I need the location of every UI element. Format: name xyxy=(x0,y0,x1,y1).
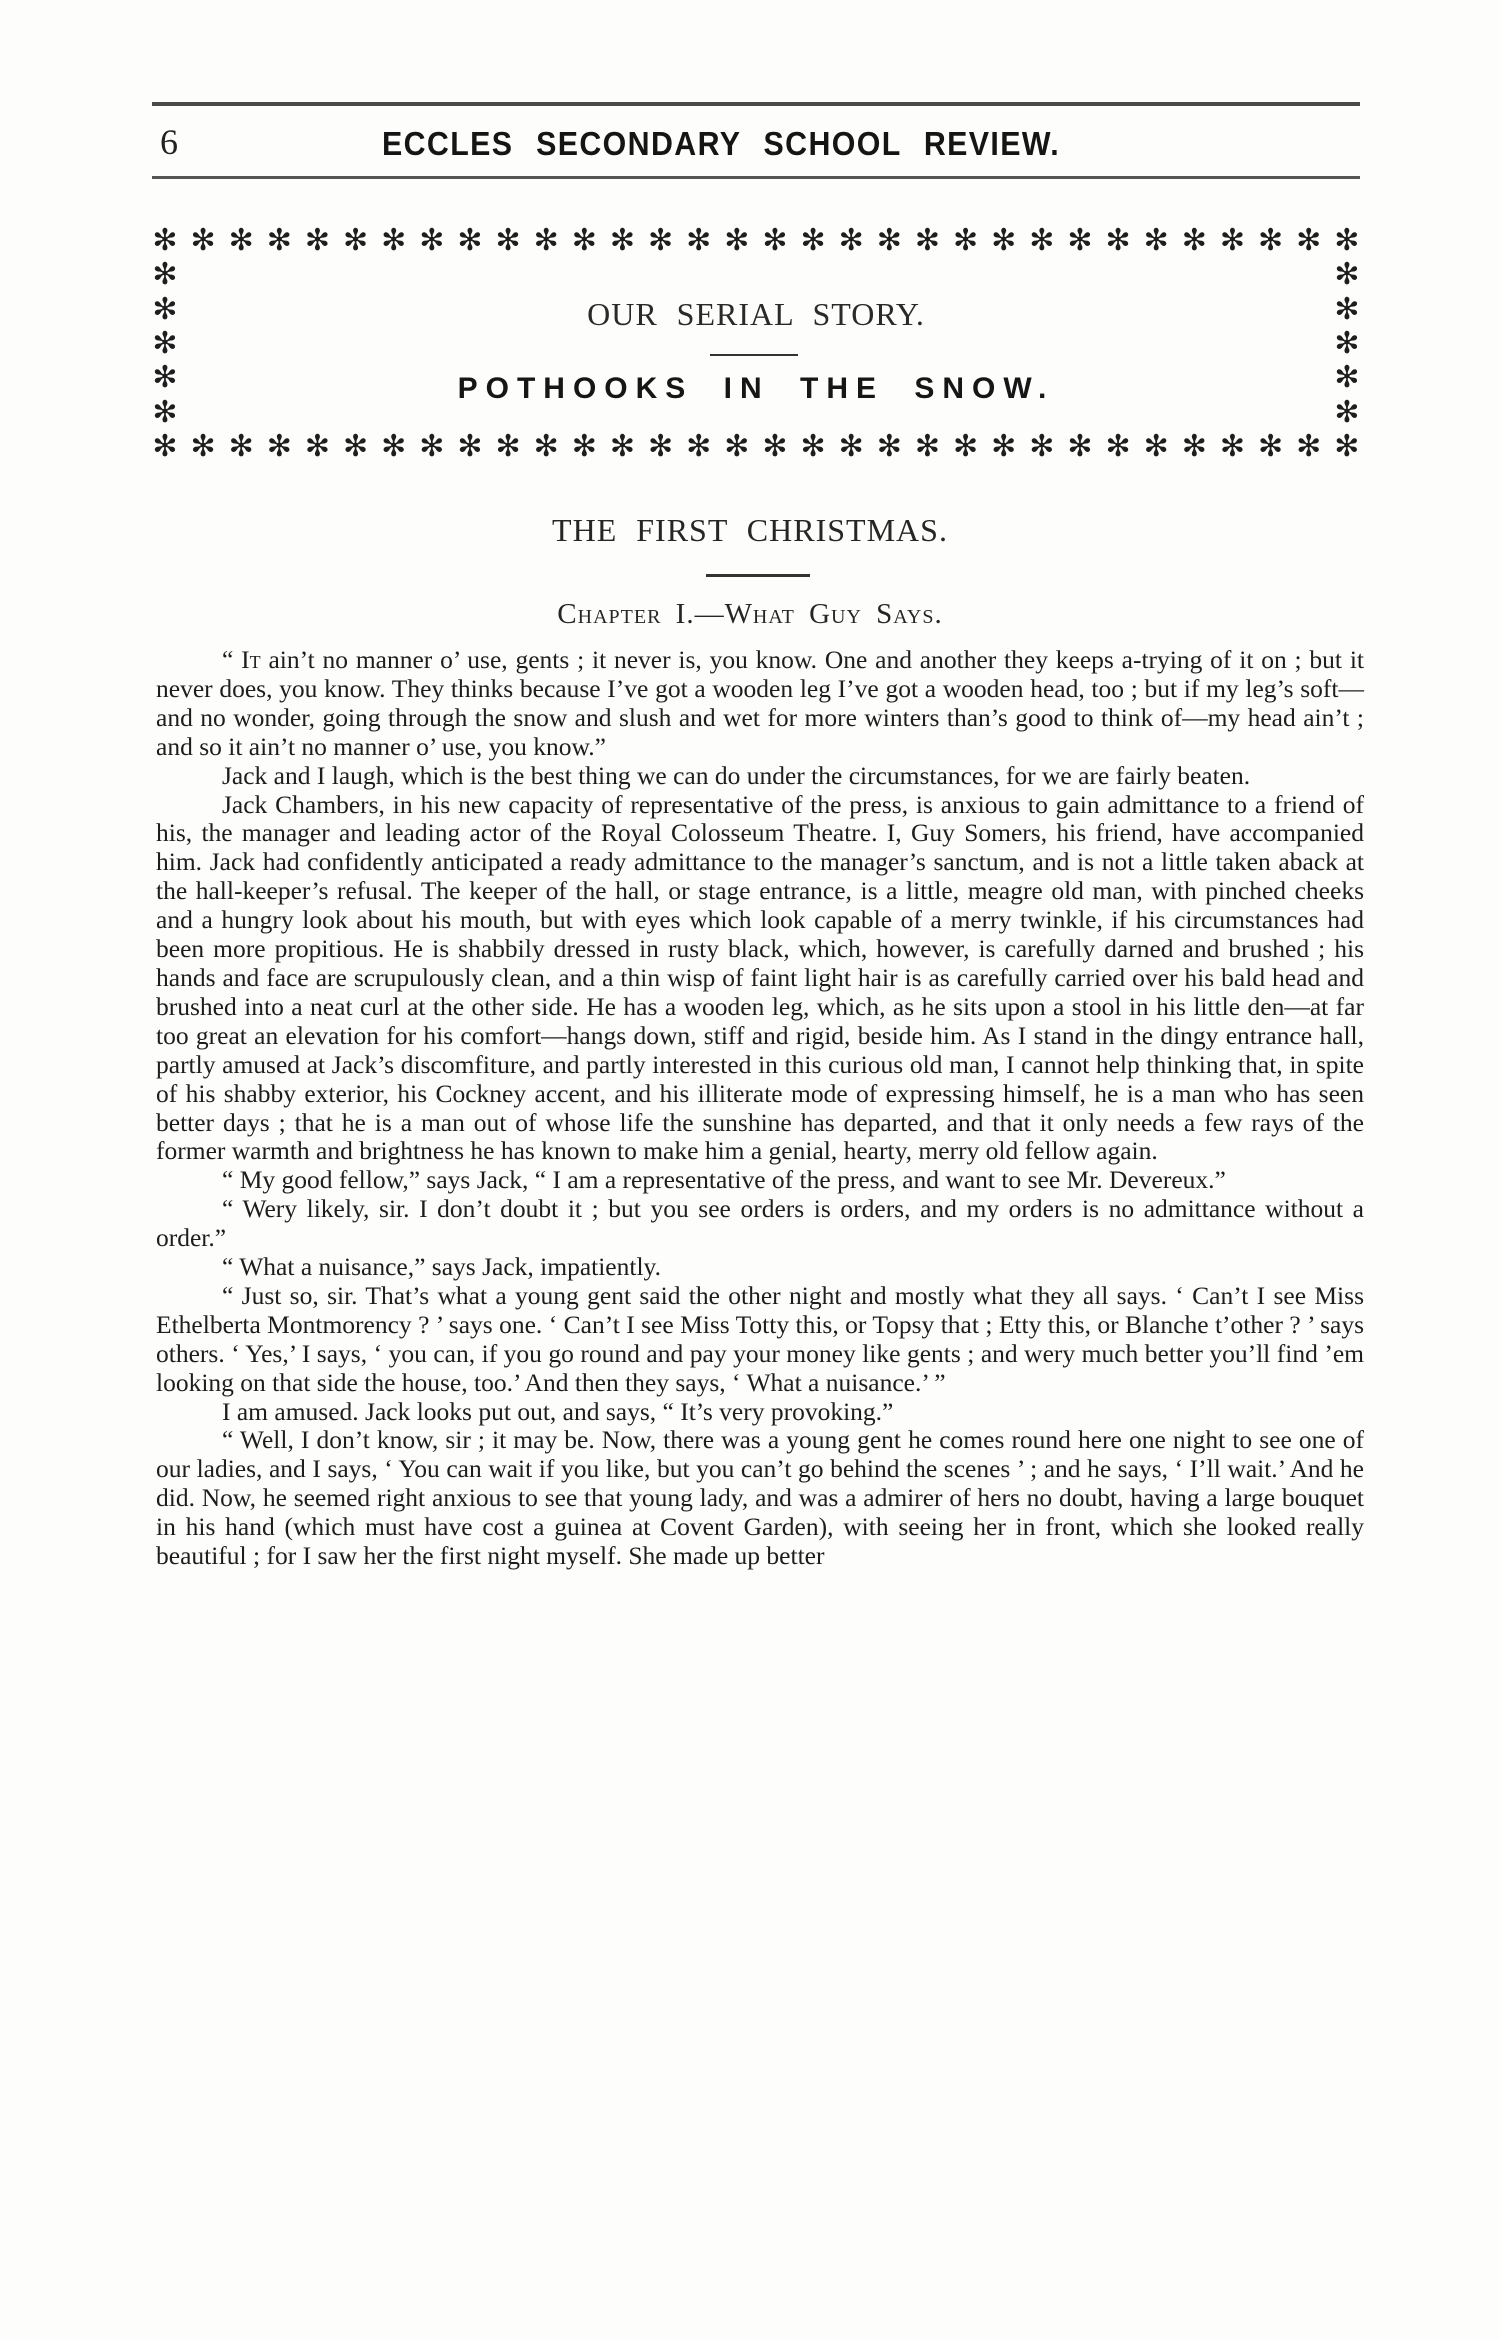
star-ornament-icon: ✻ xyxy=(722,432,752,462)
paragraph: “ Just so, sir. That’s what a young gent… xyxy=(156,1282,1364,1398)
star-ornament-icon: ✻ xyxy=(722,226,752,256)
star-ornament-icon: ✻ xyxy=(150,260,180,290)
star-ornament-icon: ✻ xyxy=(150,226,180,256)
star-ornament-icon: ✻ xyxy=(646,432,676,462)
star-ornament-icon: ✻ xyxy=(1103,432,1133,462)
star-ornament-icon: ✻ xyxy=(608,226,638,256)
star-border-bottom: ✻✻✻✻✻✻✻✻✻✻✻✻✻✻✻✻✻✻✻✻✻✻✻✻✻✻✻✻✻✻✻✻ xyxy=(150,432,1362,462)
star-ornament-icon: ✻ xyxy=(569,432,599,462)
publication-title: ECCLES SECONDARY SCHOOL REVIEW. xyxy=(382,124,1060,164)
paragraph-text: ain’t no manner o’ use, gents ; it never… xyxy=(156,645,1364,761)
star-ornament-icon: ✻ xyxy=(1179,432,1209,462)
story-title: POTHOOKS IN THE SNOW. xyxy=(150,372,1362,406)
star-ornament-icon: ✻ xyxy=(1256,432,1286,462)
header-bottom-rule xyxy=(152,176,1360,179)
star-ornament-icon: ✻ xyxy=(531,226,561,256)
star-ornament-icon: ✻ xyxy=(760,432,790,462)
star-ornament-icon: ✻ xyxy=(874,226,904,256)
star-ornament-icon: ✻ xyxy=(760,226,790,256)
star-ornament-icon: ✻ xyxy=(874,432,904,462)
star-ornament-icon: ✻ xyxy=(264,432,294,462)
serial-label: OUR SERIAL STORY. xyxy=(150,296,1362,333)
chapter-heading: Chapter I.—What Guy Says. xyxy=(0,598,1500,631)
paragraph: Jack and I laugh, which is the best thin… xyxy=(156,762,1364,791)
star-ornament-icon: ✻ xyxy=(1065,226,1095,256)
paragraph-lead: “ It xyxy=(222,645,261,674)
star-ornament-icon: ✻ xyxy=(1332,329,1362,359)
paragraph-text: “ What a nuisance,” says Jack, impatient… xyxy=(222,1252,661,1281)
star-ornament-icon: ✻ xyxy=(646,226,676,256)
serial-story-box: ✻✻✻✻✻✻✻✻✻✻✻✻✻✻✻✻✻✻✻✻✻✻✻✻✻✻✻✻✻✻✻✻ ✻✻✻✻✻ ✻… xyxy=(150,226,1362,462)
star-ornament-icon: ✻ xyxy=(836,226,866,256)
paragraph: “ What a nuisance,” says Jack, impatient… xyxy=(156,1253,1364,1282)
section-divider xyxy=(706,574,810,577)
star-ornament-icon: ✻ xyxy=(341,432,371,462)
star-ornament-icon: ✻ xyxy=(836,432,866,462)
star-ornament-icon: ✻ xyxy=(798,432,828,462)
star-ornament-icon: ✻ xyxy=(913,226,943,256)
star-ornament-icon: ✻ xyxy=(989,226,1019,256)
star-ornament-icon: ✻ xyxy=(608,432,638,462)
star-ornament-icon: ✻ xyxy=(417,226,447,256)
star-ornament-icon: ✻ xyxy=(1065,432,1095,462)
star-ornament-icon: ✻ xyxy=(303,226,333,256)
paragraph-text: Jack and I laugh, which is the best thin… xyxy=(222,761,1250,790)
star-ornament-icon: ✻ xyxy=(303,432,333,462)
section-title: THE FIRST CHRISTMAS. xyxy=(0,512,1500,549)
star-ornament-icon: ✻ xyxy=(1332,226,1362,256)
paragraph: “ Wery likely, sir. I don’t doubt it ; b… xyxy=(156,1195,1364,1253)
star-ornament-icon: ✻ xyxy=(684,226,714,256)
star-ornament-icon: ✻ xyxy=(1141,226,1171,256)
star-ornament-icon: ✻ xyxy=(951,226,981,256)
star-ornament-icon: ✻ xyxy=(1256,226,1286,256)
paragraph: “ It ain’t no manner o’ use, gents ; it … xyxy=(156,646,1364,762)
star-ornament-icon: ✻ xyxy=(1141,432,1171,462)
paragraph: I am amused. Jack looks put out, and say… xyxy=(156,1398,1364,1427)
star-ornament-icon: ✻ xyxy=(226,432,256,462)
star-ornament-icon: ✻ xyxy=(951,432,981,462)
star-ornament-icon: ✻ xyxy=(1218,432,1248,462)
star-ornament-icon: ✻ xyxy=(1218,226,1248,256)
star-ornament-icon: ✻ xyxy=(1294,432,1324,462)
star-ornament-icon: ✻ xyxy=(150,329,180,359)
page-number: 6 xyxy=(160,122,178,162)
paragraph-text: I am amused. Jack looks put out, and say… xyxy=(222,1397,893,1426)
paragraph: “ My good fellow,” says Jack, “ I am a r… xyxy=(156,1166,1364,1195)
paragraph: “ Well, I don’t know, sir ; it may be. N… xyxy=(156,1426,1364,1571)
star-ornament-icon: ✻ xyxy=(417,432,447,462)
star-ornament-icon: ✻ xyxy=(684,432,714,462)
paragraph: Jack Chambers, in his new capacity of re… xyxy=(156,791,1364,1167)
star-ornament-icon: ✻ xyxy=(264,226,294,256)
star-ornament-icon: ✻ xyxy=(1332,432,1362,462)
star-ornament-icon: ✻ xyxy=(493,432,523,462)
star-ornament-icon: ✻ xyxy=(798,226,828,256)
star-border-top: ✻✻✻✻✻✻✻✻✻✻✻✻✻✻✻✻✻✻✻✻✻✻✻✻✻✻✻✻✻✻✻✻ xyxy=(150,226,1362,256)
star-ornament-icon: ✻ xyxy=(150,432,180,462)
star-ornament-icon: ✻ xyxy=(455,432,485,462)
star-ornament-icon: ✻ xyxy=(226,226,256,256)
star-ornament-icon: ✻ xyxy=(188,226,218,256)
star-ornament-icon: ✻ xyxy=(341,226,371,256)
star-ornament-icon: ✻ xyxy=(1103,226,1133,256)
paragraph-text: “ Wery likely, sir. I don’t doubt it ; b… xyxy=(156,1194,1364,1252)
star-ornament-icon: ✻ xyxy=(1179,226,1209,256)
paragraph-text: “ Well, I don’t know, sir ; it may be. N… xyxy=(156,1425,1364,1570)
star-ornament-icon: ✻ xyxy=(1027,226,1057,256)
star-ornament-icon: ✻ xyxy=(493,226,523,256)
star-ornament-icon: ✻ xyxy=(1027,432,1057,462)
paragraph-text: “ Just so, sir. That’s what a young gent… xyxy=(156,1281,1364,1397)
story-body: “ It ain’t no manner o’ use, gents ; it … xyxy=(156,646,1364,1571)
star-ornament-icon: ✻ xyxy=(989,432,1019,462)
star-ornament-icon: ✻ xyxy=(531,432,561,462)
header-top-rule xyxy=(152,102,1360,106)
star-ornament-icon: ✻ xyxy=(1332,260,1362,290)
star-ornament-icon: ✻ xyxy=(569,226,599,256)
star-ornament-icon: ✻ xyxy=(1294,226,1324,256)
paragraph-text: Jack Chambers, in his new capacity of re… xyxy=(156,790,1364,1166)
paragraph-text: “ My good fellow,” says Jack, “ I am a r… xyxy=(222,1165,1226,1194)
document-page: 6 ECCLES SECONDARY SCHOOL REVIEW. ✻✻✻✻✻✻… xyxy=(0,0,1500,2340)
star-ornament-icon: ✻ xyxy=(188,432,218,462)
star-ornament-icon: ✻ xyxy=(379,432,409,462)
serial-divider xyxy=(710,354,798,356)
star-ornament-icon: ✻ xyxy=(379,226,409,256)
star-ornament-icon: ✻ xyxy=(455,226,485,256)
star-ornament-icon: ✻ xyxy=(913,432,943,462)
